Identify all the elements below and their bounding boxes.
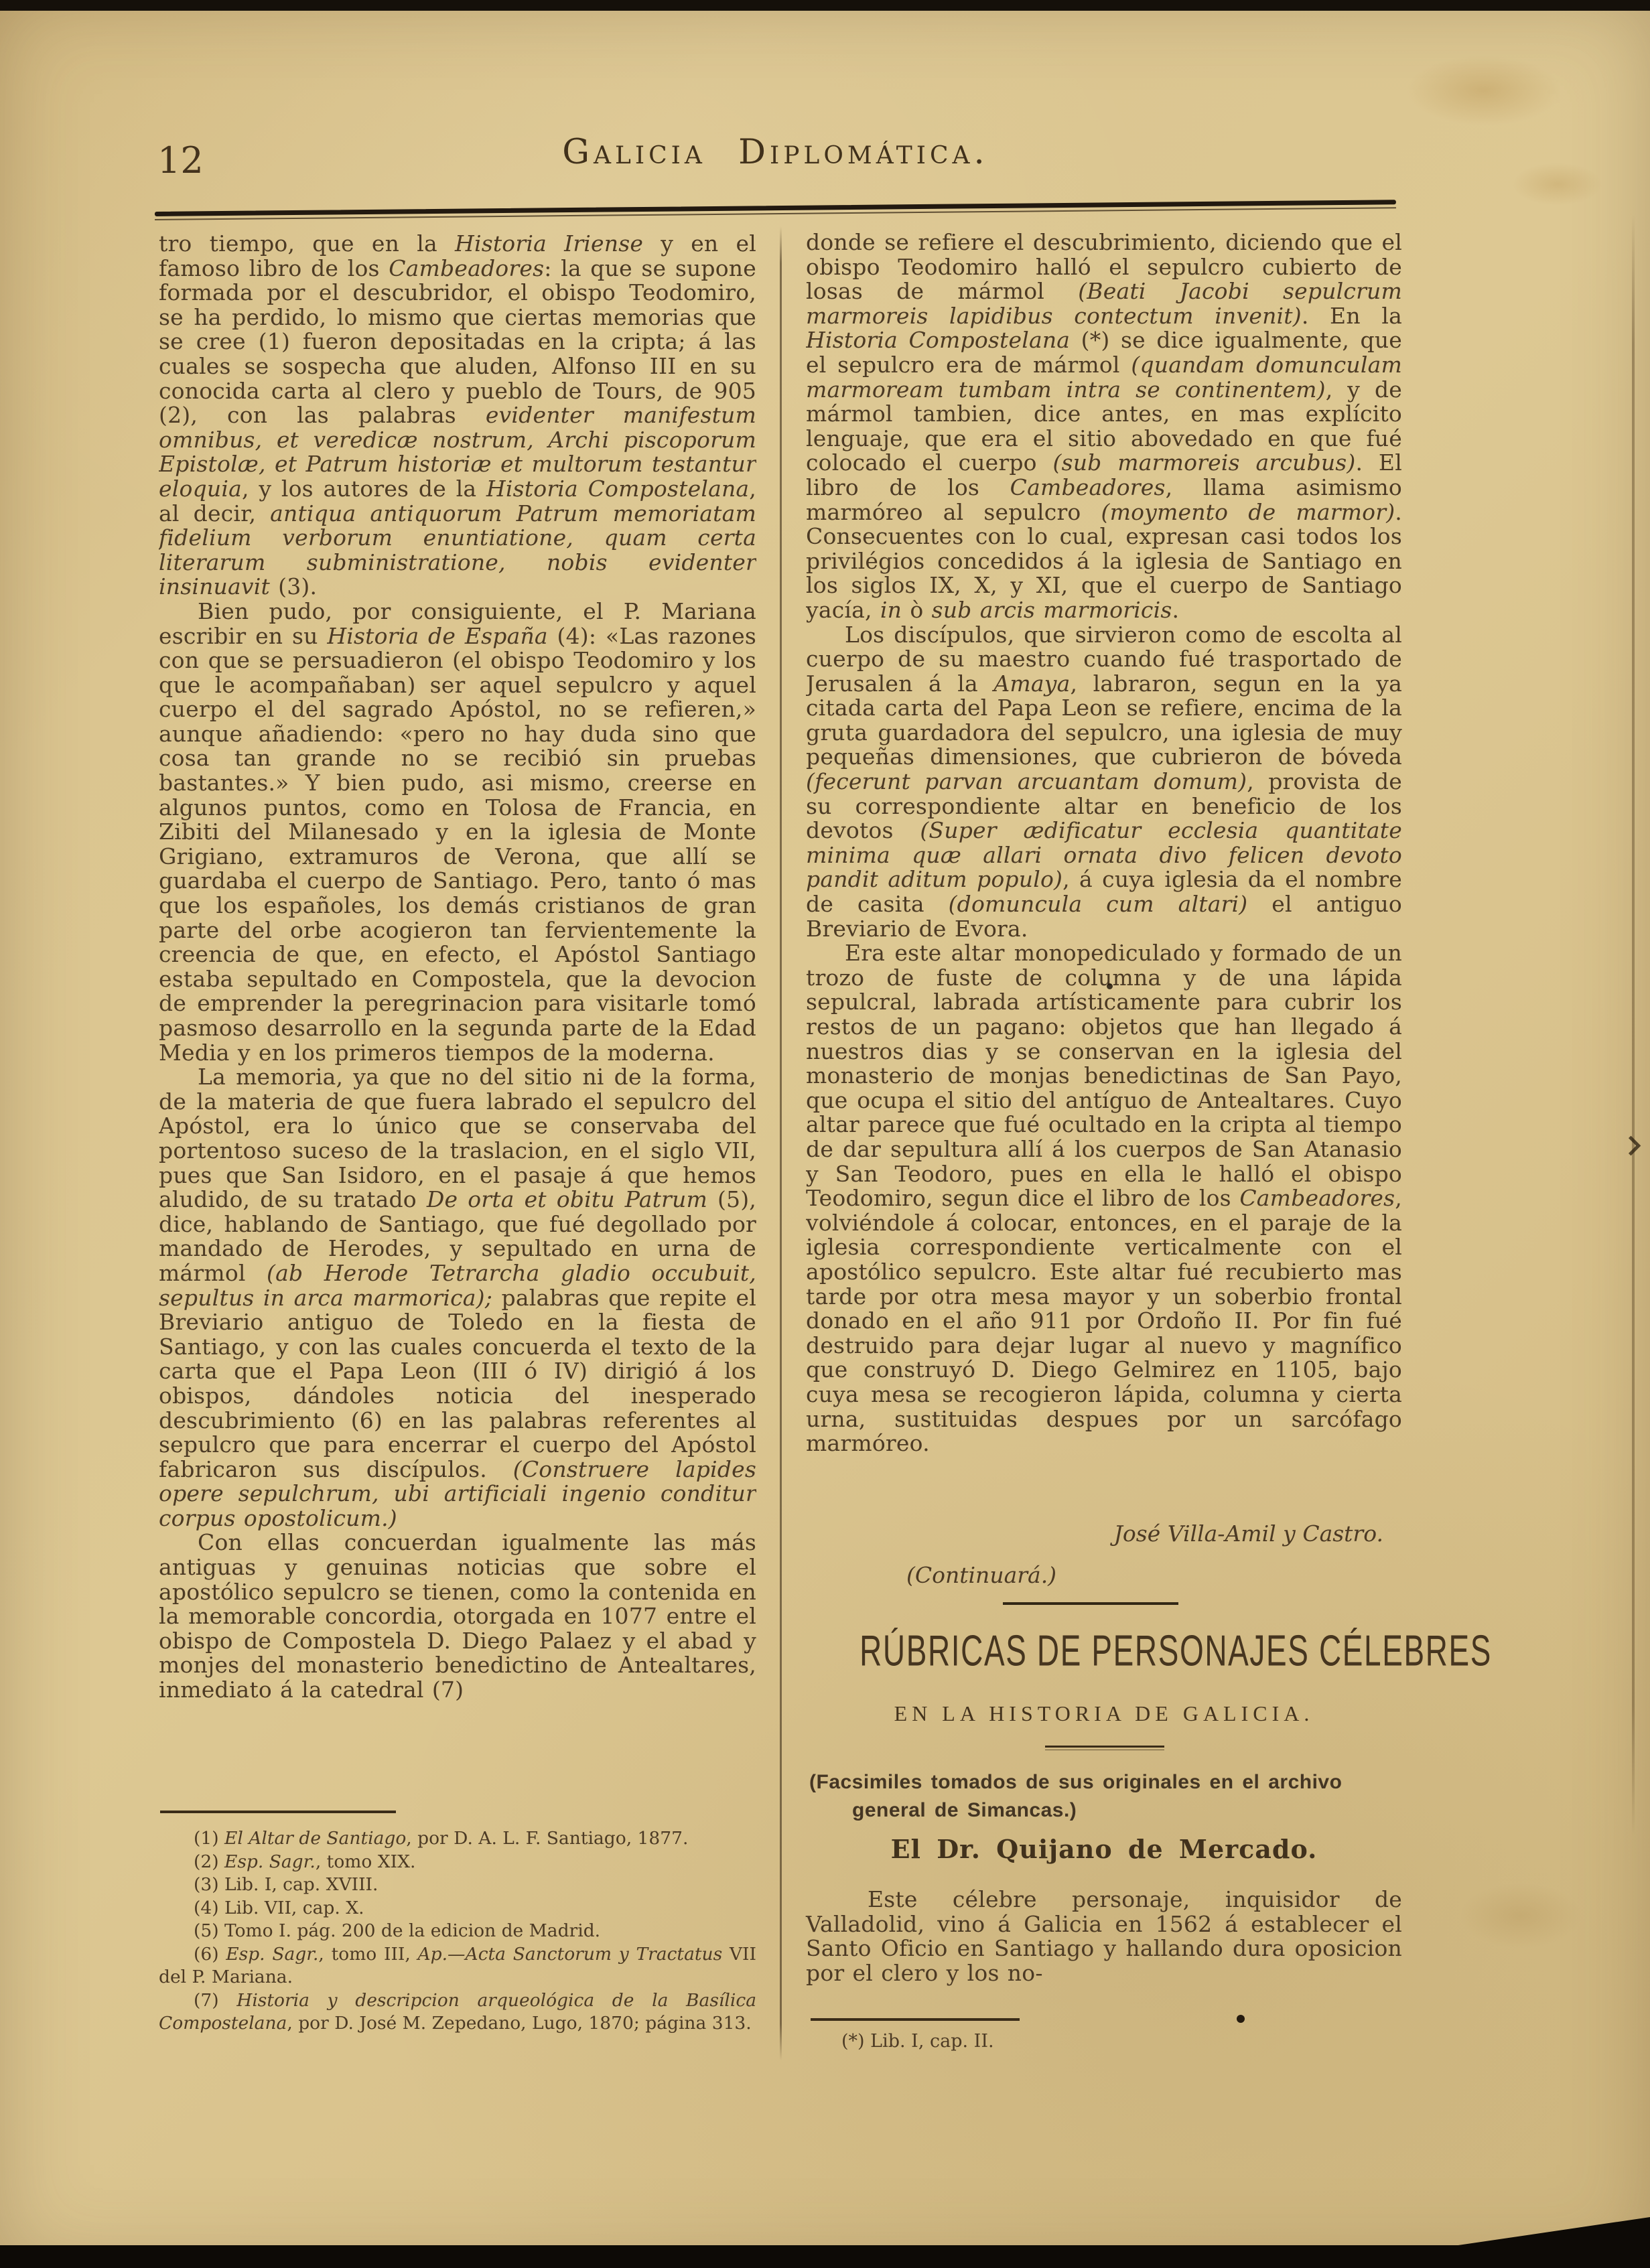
text-segment: Historia Iriense xyxy=(455,232,643,257)
text-segment: in xyxy=(880,597,902,623)
text-segment: (moymento de marmor) xyxy=(1101,499,1395,525)
scan-bottom-wedge xyxy=(1449,2217,1650,2247)
text-segment: . xyxy=(1172,597,1180,623)
text-segment: Cambeadores xyxy=(1010,474,1166,500)
paragraph: (4) Lib. VII, cap. X. xyxy=(159,1897,756,1920)
text-segment: Esp. Sagr. xyxy=(226,1944,318,1965)
scanned-page: 12 Galicia Diplomática. tro tiempo, que … xyxy=(0,0,1650,2268)
right-column: donde se refiere el descubrimiento, dici… xyxy=(806,230,1402,1533)
facsimile-note-line: (Facsimiles tomados de sus originales en… xyxy=(809,1768,1401,1796)
paragraph: (1) El Altar de Santiago, por D. A. L. F… xyxy=(159,1827,756,1851)
text-segment: Ap.—Acta Sanctorum y Tractatus xyxy=(418,1944,723,1965)
text-segment: Era este altar monopediculado y formado … xyxy=(806,940,1402,1211)
text-segment: , por D. A. L. F. Santiago, 1877. xyxy=(406,1828,688,1849)
section-separator-rule xyxy=(1003,1602,1178,1605)
text-segment: (6) xyxy=(194,1944,226,1965)
section-subtitle: EN LA HISTORIA DE GALICIA. xyxy=(806,1701,1402,1726)
text-segment: , y los autores de la xyxy=(242,476,486,502)
text-segment: El Altar de Santiago xyxy=(224,1828,406,1849)
ink-spot xyxy=(1237,2015,1245,2023)
paragraph: Bien pudo, por consiguiente, el P. Maria… xyxy=(159,599,756,1065)
text-segment: ò xyxy=(902,597,931,623)
page-edge-mark xyxy=(1621,1136,1641,1156)
text-segment: , por D. José M. Zepedano, Lugo, 1870; p… xyxy=(287,2013,751,2034)
text-segment: tro tiempo, que en la xyxy=(159,232,455,257)
left-footnotes: (1) El Altar de Santiago, por D. A. L. F… xyxy=(159,1827,756,2036)
text-segment: (5) Tomo I. pág. 200 de la edicion de Ma… xyxy=(194,1920,600,1941)
text-segment: (fecerunt parvan arcuantam domum) xyxy=(806,768,1247,794)
footnote-separator-left xyxy=(160,1811,396,1813)
paragraph: (6) Esp. Sagr., tomo III, Ap.—Acta Sanct… xyxy=(159,1943,756,1989)
paper-stain xyxy=(1434,1869,1608,1963)
text-segment: Historia Compostelana xyxy=(806,327,1070,353)
paragraph: (2) Esp. Sagr., tomo XIX. xyxy=(159,1851,756,1874)
facsimile-note: (Facsimiles tomados de sus originales en… xyxy=(809,1768,1401,1825)
paragraph: Con ellas concuerdan igualmente las más … xyxy=(159,1531,756,1702)
text-segment: (4) Lib. VII, cap. X. xyxy=(194,1898,364,1918)
subtitle-rule-thick xyxy=(1045,1746,1164,1748)
footnote-separator-right xyxy=(811,2018,1020,2021)
facsimile-note-line: general de Simancas.) xyxy=(809,1796,1401,1825)
text-segment: , volviéndole á colocar, entonces, en el… xyxy=(806,1185,1402,1456)
paragraph: Era este altar monopediculado y formado … xyxy=(806,941,1402,1456)
text-segment: palabras que repite el Breviario antiguo… xyxy=(159,1285,756,1482)
scan-top-border xyxy=(0,0,1650,11)
text-segment: Con ellas concuerdan igualmente las más … xyxy=(159,1529,756,1703)
text-segment: (3) Lib. I, cap. XVIII. xyxy=(194,1874,378,1895)
text-segment: (1) xyxy=(194,1828,224,1849)
text-segment: , tomo III, xyxy=(318,1944,417,1965)
paragraph: (7) Historia y descripcion arqueológica … xyxy=(159,1989,756,2036)
text-segment: (2) xyxy=(194,1851,224,1872)
masthead-rule xyxy=(155,200,1396,220)
scan-bottom-border xyxy=(0,2245,1650,2268)
masthead-title: Galicia Diplomática. xyxy=(154,133,1397,172)
page-edge-crease xyxy=(1632,214,1635,1835)
text-segment: (4): «Las razones con que se persuadiero… xyxy=(159,623,756,1066)
text-segment: (domuncula cum altari) xyxy=(949,891,1248,917)
paragraph: (5) Tomo I. pág. 200 de la edicion de Ma… xyxy=(159,1920,756,1943)
paragraph: Los discípulos, que sirvieron como de es… xyxy=(806,623,1402,942)
paper-stain xyxy=(1494,154,1621,214)
continuation-note: (Continuará.) xyxy=(906,1562,1056,1588)
text-segment: (sub marmoreis arcubus) xyxy=(1053,449,1356,476)
paper-stain xyxy=(1373,40,1594,141)
paragraph: Este célebre personaje, inquisidor de Va… xyxy=(806,1888,1402,1985)
text-segment: Amaya xyxy=(993,670,1070,697)
right-footnote: (*) Lib. I, cap. II. xyxy=(811,2031,1387,2052)
text-segment: Esp. Sagr. xyxy=(224,1851,316,1872)
closing-paragraph-wrap: Este célebre personaje, inquisidor de Va… xyxy=(806,1888,1402,1985)
paragraph: La memoria, ya que no del sitio ni de la… xyxy=(159,1065,756,1531)
text-segment: De orta et obitu Patrum xyxy=(427,1186,707,1212)
column-divider-rule xyxy=(780,226,782,2060)
section-title: RÚBRICAS DE PERSONAJES CÉLEBRES xyxy=(860,1625,1349,1675)
text-segment: Cambeadores xyxy=(389,255,544,281)
subtitle-rule xyxy=(1045,1746,1164,1750)
text-segment: Historia Compostelana xyxy=(486,476,749,502)
left-column: tro tiempo, que en la Historia Iriense y… xyxy=(159,232,756,1786)
text-segment: (7) xyxy=(194,1990,236,2011)
text-segment: (3). xyxy=(270,573,317,599)
text-segment: , tomo XIX. xyxy=(316,1851,416,1872)
text-segment: . En la xyxy=(1302,303,1402,329)
text-segment: sub arcis marmoricis xyxy=(932,597,1172,623)
ink-spot xyxy=(1107,983,1113,989)
text-segment: Historia de España xyxy=(327,623,547,649)
article-title: El Dr. Quijano de Mercado. xyxy=(806,1834,1402,1864)
paragraph: donde se refiere el descubrimiento, dici… xyxy=(806,230,1402,623)
paragraph: tro tiempo, que en la Historia Iriense y… xyxy=(159,232,756,599)
author-signature: José Villa-Amil y Castro. xyxy=(806,1520,1383,1547)
subtitle-rule-thin xyxy=(1045,1750,1164,1750)
text-segment: Cambeadores xyxy=(1239,1185,1395,1211)
paragraph: (3) Lib. I, cap. XVIII. xyxy=(159,1873,756,1897)
